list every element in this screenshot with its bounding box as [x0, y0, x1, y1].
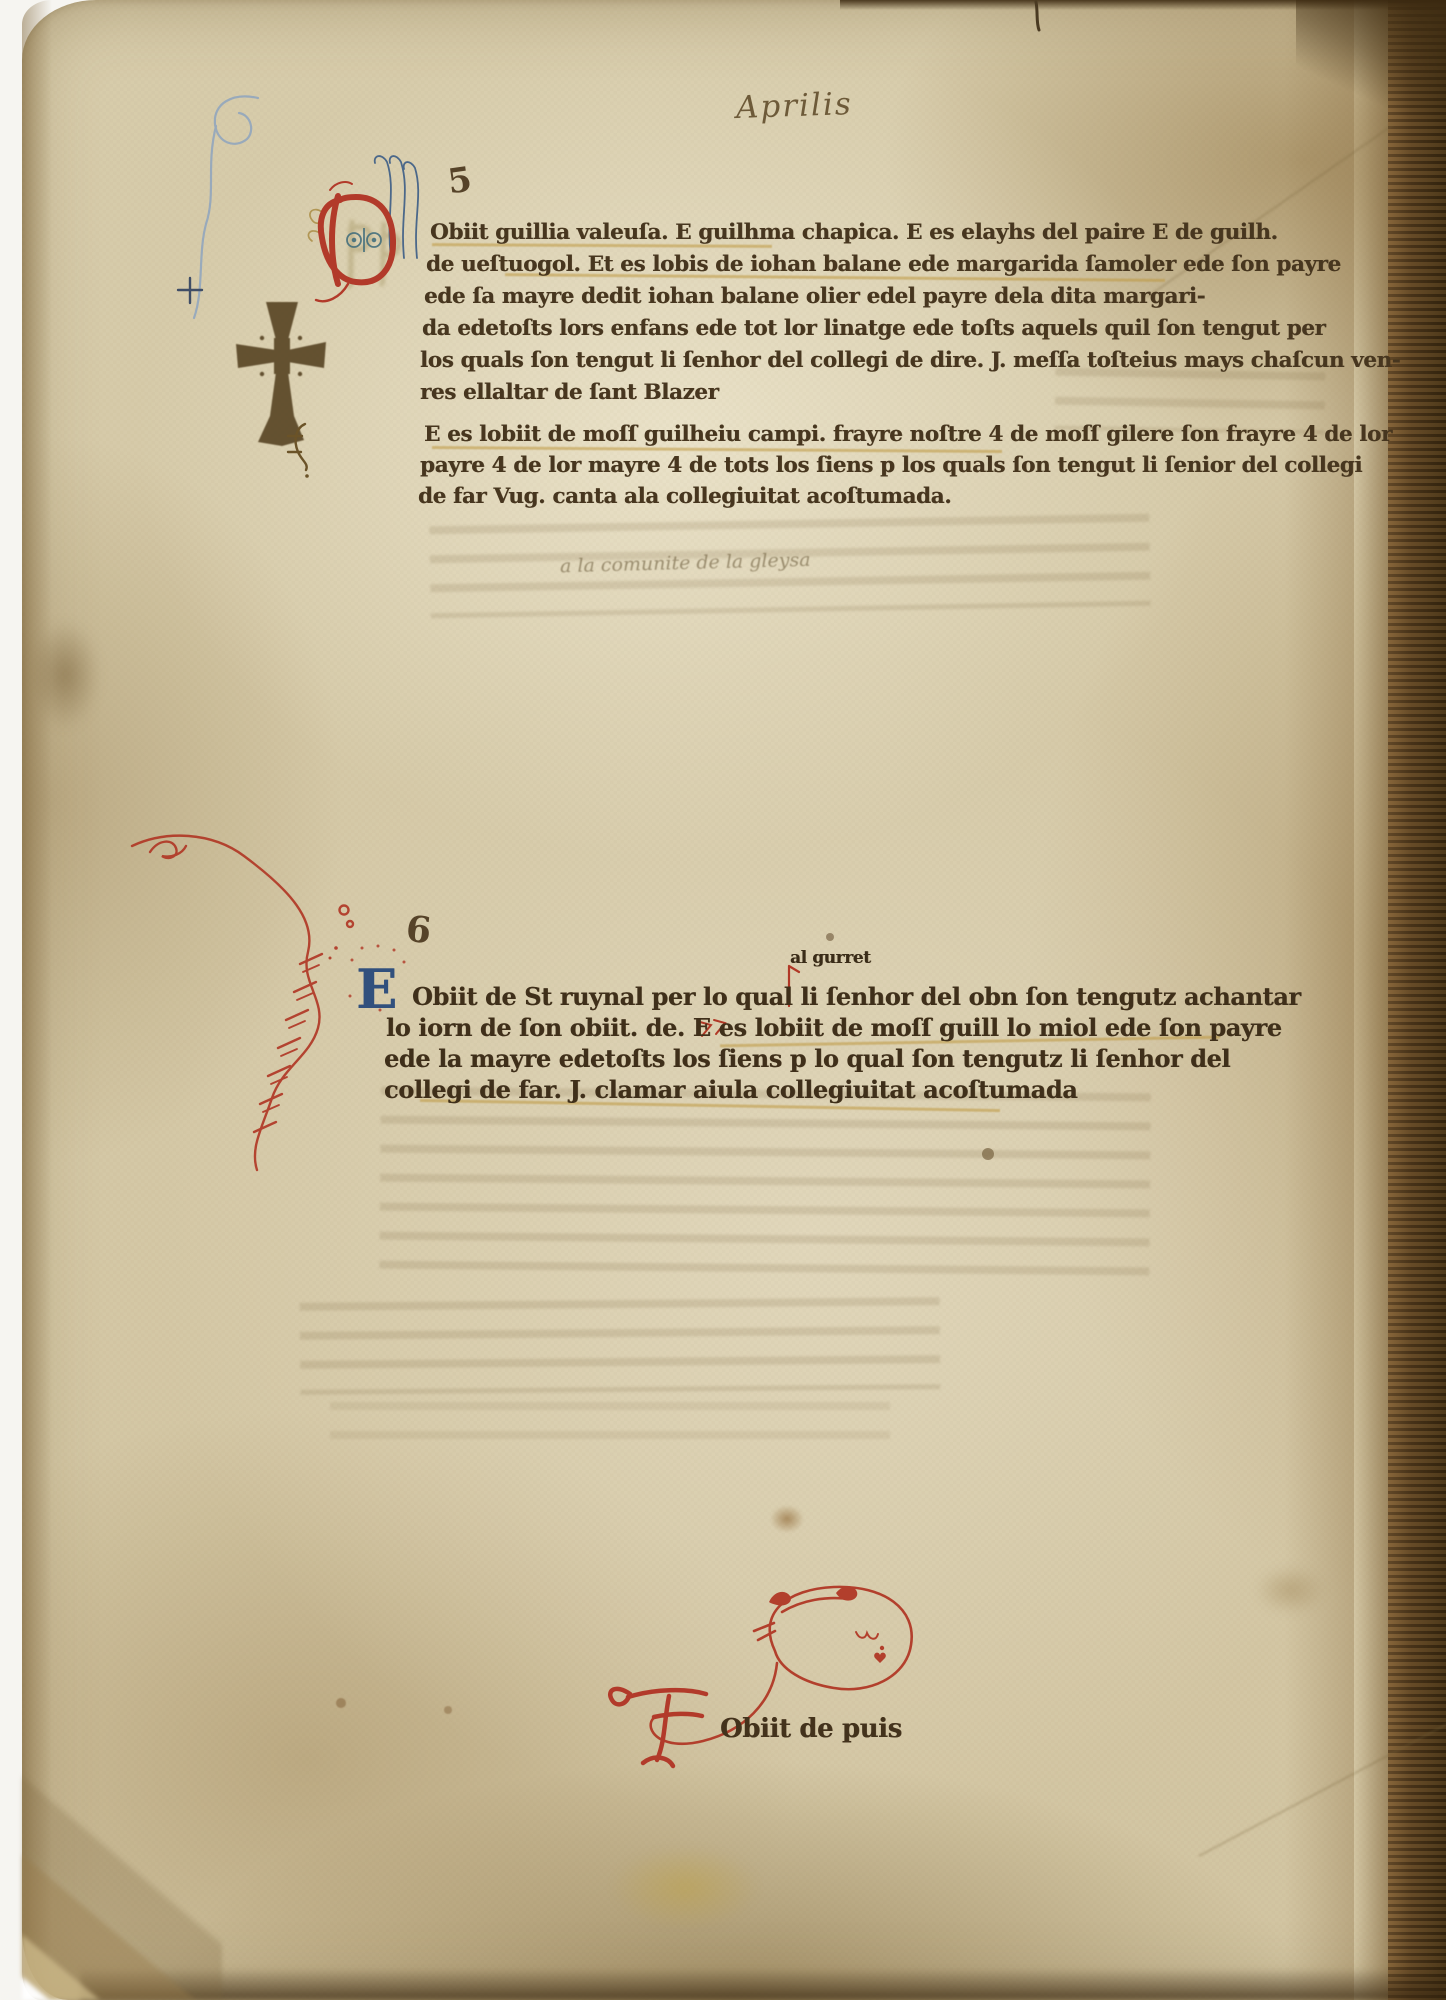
- dark-edge-bottom: [80, 1968, 1446, 2000]
- dark-corner-top-right: [1296, 0, 1446, 120]
- stain: [30, 620, 100, 730]
- manuscript-line: Obiit guillia valeuſa. E guilhma chapica…: [430, 222, 1278, 244]
- bleedthrough-area: [379, 1087, 1151, 1294]
- illuminated-initial-E: E: [356, 962, 397, 1016]
- ink-spot: [336, 1698, 346, 1708]
- interlinear-insertion: al gurret: [790, 950, 871, 967]
- page-edge-left: [22, 0, 52, 2000]
- book-binding-edge: [1388, 0, 1446, 2000]
- manuscript-line: payre 4 de lor mayre 4 de tots los ſiens…: [420, 455, 1362, 477]
- stain: [770, 1505, 804, 1533]
- scanner-background: { "meta": { "month_header": "Aprilis" },…: [0, 0, 1446, 2000]
- month-header: Aprilis: [735, 86, 853, 126]
- curled-corner-bottom-left: [22, 1746, 222, 2000]
- entry-number-6: 6: [404, 911, 433, 949]
- stain: [1255, 1565, 1325, 1615]
- bleedthrough-area: [330, 1402, 890, 1460]
- manuscript-line: de ueſtuogol. Et es lobis de iohan balan…: [426, 254, 1341, 276]
- manuscript-line: los quals ſon tengut li ſenhor del colle…: [420, 350, 1400, 372]
- manuscript-line: res ellaltar de ſant Blazer: [420, 382, 719, 404]
- bleedthrough-area: [300, 1297, 941, 1395]
- manuscript-line: collegi de far. J. clamar aiula collegiu…: [384, 1078, 1077, 1102]
- manuscript-line: de far Vug. canta ala collegiuitat acoſt…: [418, 486, 951, 508]
- manuscript-line: lo iorn de ſon obiit. de. E es lobiit de…: [386, 1016, 1282, 1040]
- binding-shadow: [1354, 0, 1388, 2000]
- manuscript-line: E es lobiit de moſſ guilheiu campi. fray…: [424, 424, 1392, 446]
- manuscript-line: Obiit de St ruynal per lo qual li ſenhor…: [412, 985, 1301, 1009]
- manuscript-line: ede la mayre edetoſts los ſiens p lo qua…: [384, 1047, 1230, 1071]
- bottom-obit-line: Obiit de puis: [720, 1716, 902, 1742]
- entry-number-5: 5: [446, 163, 474, 200]
- manuscript-line: da edetoſts lors enfans ede tot lor lina…: [422, 318, 1325, 340]
- ink-spot: [444, 1706, 452, 1714]
- manuscript-line: ede ſa mayre dedit iohan balane olier ed…: [424, 286, 1205, 308]
- dark-edge-top: [840, 0, 1446, 10]
- ink-spot: [826, 933, 834, 941]
- stain: [610, 1845, 760, 1930]
